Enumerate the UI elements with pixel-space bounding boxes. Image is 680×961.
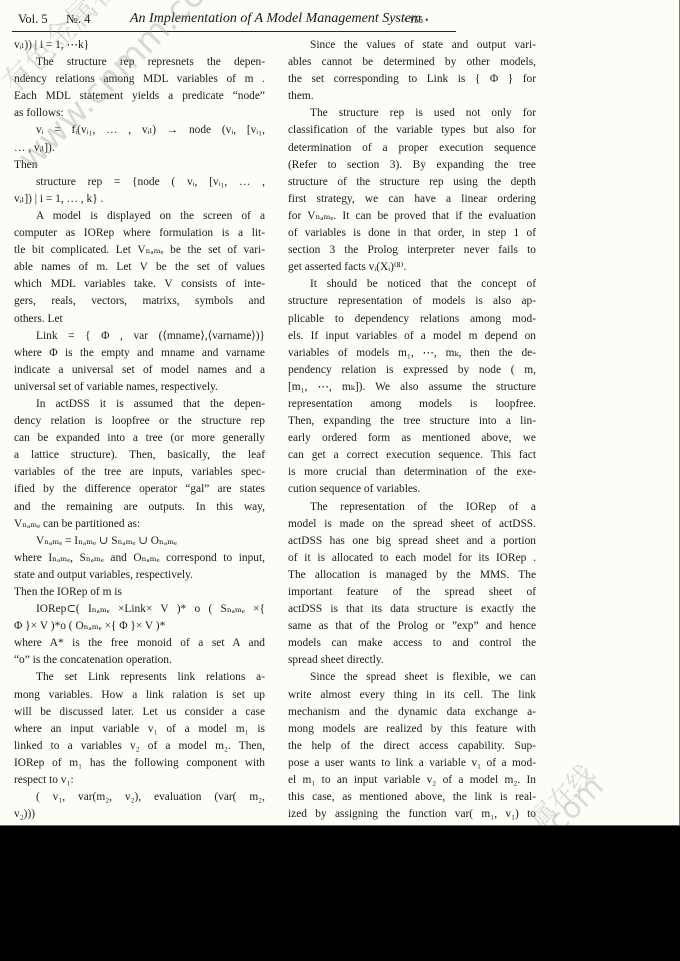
text-line: mong variables. How a link ralation is s… <box>14 687 265 704</box>
text-line: state and output variables, respectively… <box>14 567 265 584</box>
text-line: Then, expanding the tree structure into … <box>288 413 536 430</box>
text-line: first strategy, we can have a linear ord… <box>288 191 536 208</box>
text-line: spread sheet directly. <box>288 652 536 669</box>
text-line: classification of the variable types but… <box>288 122 536 139</box>
text-line: for Vₙₐₘₑ. It can be proved that if the … <box>288 208 536 225</box>
text-line: Since the values of state and output var… <box>288 37 536 54</box>
text-line: Φ }× V )*o ( Oₙₐₘₑ ×{ Φ }× V )* <box>14 618 265 635</box>
text-line: where A* is the free monoid of a set A a… <box>14 635 265 652</box>
text-line: as follows: <box>14 105 265 122</box>
text-line: them. <box>288 88 536 105</box>
text-line: models can make access to and control th… <box>288 635 536 652</box>
text-line: determination of a proper execution sequ… <box>288 140 536 157</box>
text-line: cution sequence of variables. <box>288 481 536 498</box>
text-line: get asserted facts vᵢ(Xᵢ)⁽⁸⁾. <box>288 259 536 276</box>
text-line: structure of the structure rep using the… <box>288 174 536 191</box>
text-line: IORep of m₁ has the following component … <box>14 755 265 772</box>
text-line: mong models are realized by this feature… <box>288 721 536 738</box>
text-line: variables of the tree are inputs, variab… <box>14 464 265 481</box>
text-line: where Φ is the empty and mname and varna… <box>14 345 265 362</box>
text-line: actDSS is that its data structure is exa… <box>288 601 536 618</box>
text-line: els. If input variables of a model m dep… <box>288 328 536 345</box>
text-line: can get a correct execution sequence. Th… <box>288 447 536 464</box>
text-line: “o” is the concatenation operation. <box>14 652 265 669</box>
text-line: variables of models m₁, ⋯, mₖ, then the … <box>288 345 536 362</box>
text-line: Then the IORep of m is <box>14 584 265 601</box>
text-line: A model is displayed on the screen of a <box>14 208 265 225</box>
text-line: of it is allocated to each model for its… <box>288 550 536 567</box>
text-line: will be discussed later. Let us consider… <box>14 704 265 721</box>
document-page: Vol. 5 №. 4 An Implementation of A Model… <box>0 0 680 826</box>
text-line: and the remaining are outputs. In this w… <box>14 499 265 516</box>
volume-label: Vol. 5 <box>18 12 48 27</box>
text-line: dency relation is loopfree or the struct… <box>14 413 265 430</box>
text-line: tle bit complicated. Let Vₙₐₘₑ be the se… <box>14 242 265 259</box>
text-line: structure rep = {node ( vᵢ, [vᵢ₁, … , <box>14 174 265 191</box>
text-line: plicable to dependency relations among m… <box>288 311 536 328</box>
text-line: (Refer to section 3). By expanding the t… <box>288 157 536 174</box>
text-line: where Iₙₐₘₑ, Sₙₐₘₑ and Oₙₐₘₑ correspond … <box>14 550 265 567</box>
text-line: Vₙₐₘₑ = Iₙₐₘₑ ∪ Sₙₐₘₑ ∪ Oₙₐₘₑ <box>14 533 265 550</box>
text-line: IORep⊂( Iₙₐₘₑ ×Link× V )* o ( Sₙₐₘₑ ×{ <box>14 601 265 618</box>
issue-number: №. 4 <box>66 12 90 27</box>
text-line: this case, as mentioned above, the link … <box>288 789 536 806</box>
text-line: structure representation of models is al… <box>288 293 536 310</box>
text-line: respect to v₁: <box>14 772 265 789</box>
text-line: which MDL variables take. V consists of … <box>14 276 265 293</box>
text-line: universal set of variable names, respect… <box>14 379 265 396</box>
text-line: Each MDL statement yields a predicate “n… <box>14 88 265 105</box>
text-line: representation among models is loopfree. <box>288 396 536 413</box>
text-line: … , vᵢₗ]). <box>14 140 265 157</box>
text-line: ables cannot be determined by other mode… <box>288 54 536 71</box>
text-line: el m₁ to an input variable v₂ of a model… <box>288 772 536 789</box>
text-line: ndency relations among MDL variables of … <box>14 71 265 88</box>
text-line: actDSS has one big spread sheet and a po… <box>288 533 536 550</box>
text-line: important feature of the spread sheet of <box>288 584 536 601</box>
text-line: the set corresponding to Link is { Φ } f… <box>288 71 536 88</box>
text-line: vᵢ = fᵢ(vᵢ₁, … , vᵢₗ) → node (vᵢ, [vᵢ₁, <box>14 122 265 139</box>
text-line: mechanism and the dynamic data exchange … <box>288 704 536 721</box>
text-line: pose a user wants to link a variable v₁ … <box>288 755 536 772</box>
text-line: Then <box>14 157 265 174</box>
text-line: the help of the direct access capability… <box>288 738 536 755</box>
text-line: ized by assigning the function var( m₁, … <box>288 806 536 823</box>
text-line: the value part cell of v₂ of the IORep o… <box>288 823 536 826</box>
text-line: v₂))) <box>14 806 265 823</box>
text-line: The set Link represents link relations a… <box>14 669 265 686</box>
text-line: Link = { Φ , var (⟨mname⟩,⟨varname⟩)} <box>14 328 265 345</box>
text-line: The structure rep represnets the depen- <box>14 54 265 71</box>
text-line: The representation of the IORep of a <box>288 499 536 516</box>
text-line: The allocation is managed by the MMS. Th… <box>288 567 536 584</box>
text-line: The structure rep is used not only for <box>288 105 536 122</box>
text-line: Vₙₐₘₑ can be partitioned as: <box>14 516 265 533</box>
text-line: linked to a variables v₂ of a model m₂. … <box>14 738 265 755</box>
text-line: ( v₁, var(m₂, v₂), evaluation (var( m₂, <box>14 789 265 806</box>
left-column: vᵢₗ)) | i = 1, ⋯k}The structure rep repr… <box>14 37 265 826</box>
text-line: vᵢₗ)) | i = 1, ⋯k} <box>14 37 265 54</box>
text-line: a lattice structure). Then, basically, t… <box>14 447 265 464</box>
text-line: is more crucial than determination of th… <box>288 464 536 481</box>
text-line: of variables is done in that order, in s… <box>288 225 536 242</box>
text-line: can be expanded into a tree (or more gen… <box>14 430 265 447</box>
running-header: Vol. 5 №. 4 An Implementation of A Model… <box>12 9 456 32</box>
text-line: able names of m. Let V be the set of val… <box>14 259 265 276</box>
text-line: In actDSS it is assumed that the depen- <box>14 396 265 413</box>
text-line: write almost every thing in its cell. Th… <box>288 687 536 704</box>
text-line: early ordered form as mentioned above, w… <box>288 430 536 447</box>
text-line: section 3 the Prolog interpreter never f… <box>288 242 536 259</box>
text-line: Since the spread sheet is flexible, we c… <box>288 669 536 686</box>
text-line: where evaluation (var( m₂, v₂ )) represe… <box>14 823 265 826</box>
page-number: • 155 • <box>404 15 428 25</box>
text-line: computer as IORep where formulation is a… <box>14 225 265 242</box>
text-line: [m₁, ⋯, mₖ]). We also assume the structu… <box>288 379 536 396</box>
running-title: An Implementation of A Model Management … <box>130 11 421 27</box>
text-line: where an input variable v₁ of a model m₁… <box>14 721 265 738</box>
text-line: It should be noticed that the concept of <box>288 276 536 293</box>
text-line: ified by the difference operator “gal” a… <box>14 481 265 498</box>
text-line: model is made on the spread sheet of act… <box>288 516 536 533</box>
right-column: Since the values of state and output var… <box>288 37 536 826</box>
text-line: indicate a universal set of model names … <box>14 362 265 379</box>
text-line: others. Let <box>14 311 265 328</box>
text-line: same as that of the Prolog or ”exp” and … <box>288 618 536 635</box>
text-line: pendency relation is expressed by node (… <box>288 362 536 379</box>
text-line: gers, reals, vectors, matrixs, symbols a… <box>14 293 265 310</box>
text-line: vᵢₗ]) | i = 1, … , k} . <box>14 191 265 208</box>
